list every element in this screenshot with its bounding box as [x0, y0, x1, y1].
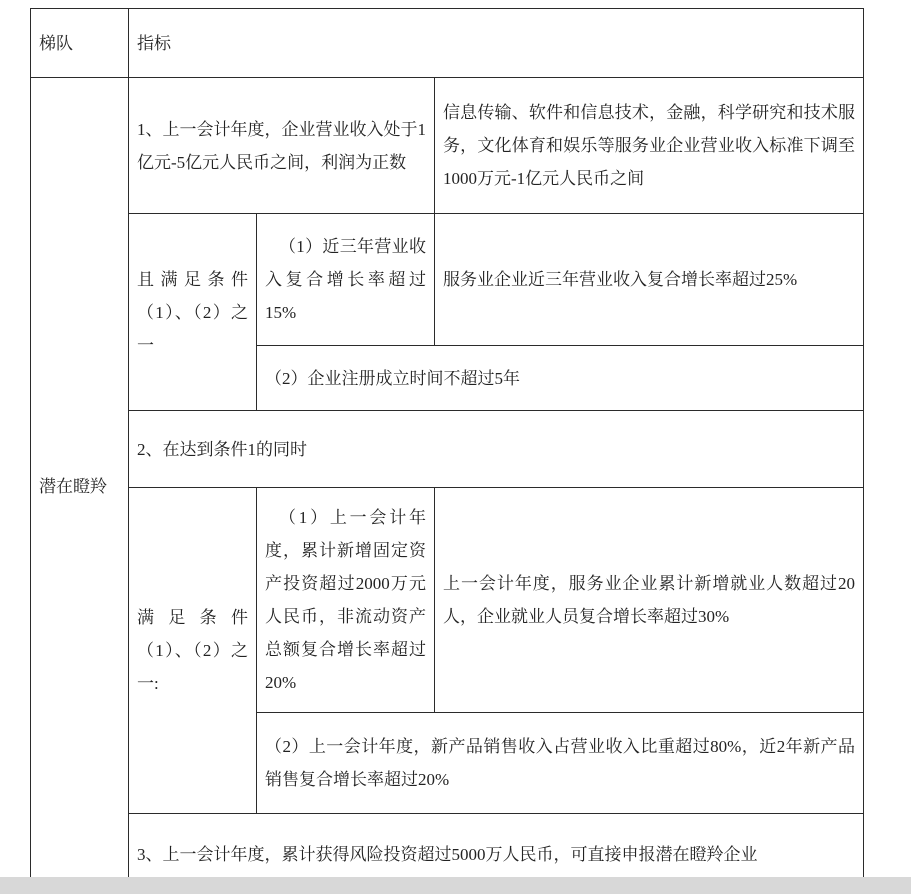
document-page: { "page": { "background_color": "#ffffff…	[0, 0, 911, 894]
table-row-condition1-sub1: 且满足条件（1）、（2）之一 （1）近三年营业收入复合增长率超过15% 服务业企…	[31, 214, 864, 346]
condition1-main-cell: 1、上一会计年度，企业营业收入处于1亿元-5亿元人民币之间，利润为正数	[129, 78, 435, 214]
table-row-header: 梯队 指标	[31, 9, 864, 78]
header-indicator-cell: 指标	[129, 9, 864, 78]
condition2-sub2-cell: （2）上一会计年度，新产品销售收入占营业收入比重超过80%，近2年新产品销售复合…	[257, 713, 864, 814]
gazelle-criteria-table: 梯队 指标 潜在瞪羚 1、上一会计年度，企业营业收入处于1亿元-5亿元人民币之间…	[30, 8, 864, 894]
condition2-sub1-service-cell: 上一会计年度，服务业企业累计新增就业人数超过20人，企业就业人员复合增长率超过3…	[435, 488, 864, 713]
condition1-sub1-service-cell: 服务业企业近三年营业收入复合增长率超过25%	[435, 214, 864, 346]
table-row-condition1-main: 潜在瞪羚 1、上一会计年度，企业营业收入处于1亿元-5亿元人民币之间，利润为正数…	[31, 78, 864, 214]
condition1-sub2-cell: （2）企业注册成立时间不超过5年	[257, 346, 864, 411]
horizontal-scrollbar-track[interactable]	[0, 877, 911, 894]
condition2-main-cell: 2、在达到条件1的同时	[129, 411, 864, 488]
header-tier-cell: 梯队	[31, 9, 129, 78]
condition1-sub1-cell: （1）近三年营业收入复合增长率超过15%	[257, 214, 435, 346]
condition2-subheader-cell: 满足条件（1）、（2）之一:	[129, 488, 257, 814]
condition1-service-note-cell: 信息传输、软件和信息技术，金融，科学研究和技术服务，文化体育和娱乐等服务业企业营…	[435, 78, 864, 214]
condition2-sub1-cell: （1）上一会计年度，累计新增固定资产投资超过2000万元人民币，非流动资产总额复…	[257, 488, 435, 713]
tier-name-cell: 潜在瞪羚	[31, 78, 129, 894]
condition1-subheader-cell: 且满足条件（1）、（2）之一	[129, 214, 257, 411]
table-row-condition2-sub1: 满足条件（1）、（2）之一: （1）上一会计年度，累计新增固定资产投资超过200…	[31, 488, 864, 713]
table-row-condition2-main: 2、在达到条件1的同时	[31, 411, 864, 488]
